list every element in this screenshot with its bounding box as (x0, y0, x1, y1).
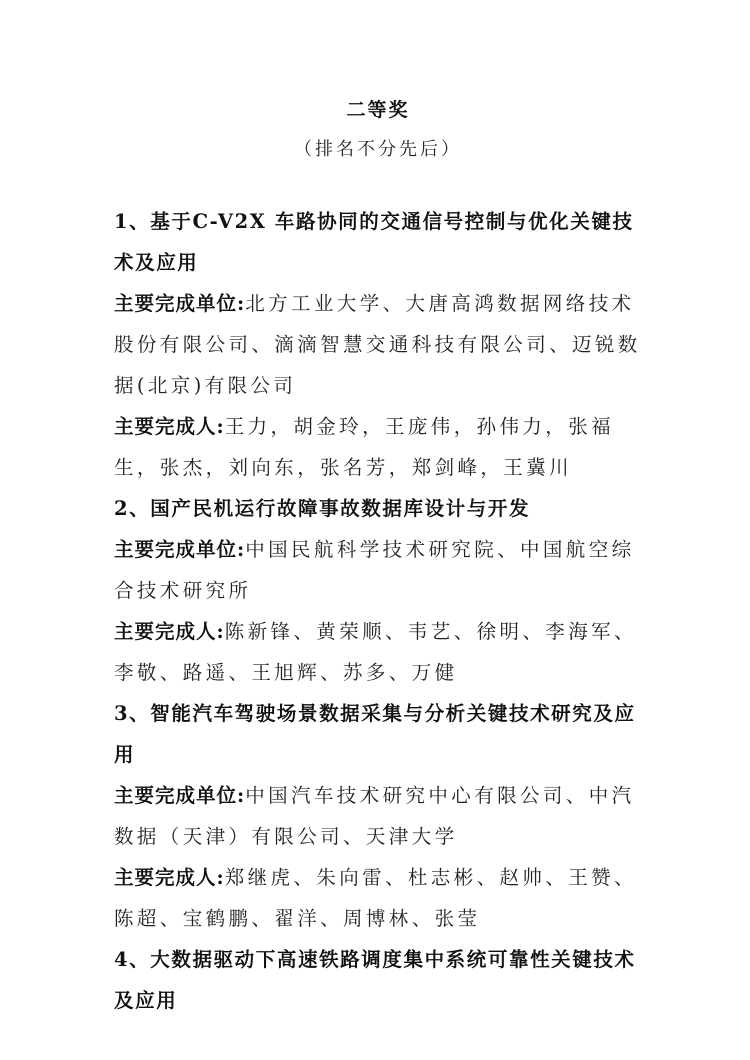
entry-units: 主要完成单位:中国民航科学技术研究院、中国航空综合技术研究所 (114, 529, 642, 611)
units-label: 主要完成单位: (114, 538, 245, 561)
award-list: 1、基于C-V2X 车路协同的交通信号控制与优化关键技术及应用 主要完成单位:北… (114, 201, 642, 1021)
people-label: 主要完成人: (114, 866, 225, 889)
units-label: 主要完成单位: (114, 784, 245, 807)
entry-people: 主要完成人:王力，胡金玲，王庞伟，孙伟力，张福生，张杰，刘向东，张名芳，郑剑峰，… (114, 406, 642, 488)
award-level-title: 二等奖 (114, 98, 642, 122)
entry-title: 3、智能汽车驾驶场景数据采集与分析关键技术研究及应用 (114, 693, 642, 775)
entry-units: 主要完成单位:中国汽车技术研究中心有限公司、中汽数据（天津）有限公司、天津大学 (114, 775, 642, 857)
people-label: 主要完成人: (114, 415, 225, 438)
award-entry: 1、基于C-V2X 车路协同的交通信号控制与优化关键技术及应用 主要完成单位:北… (114, 201, 642, 488)
entry-title: 1、基于C-V2X 车路协同的交通信号控制与优化关键技术及应用 (114, 201, 642, 283)
entry-units: 主要完成单位:北方工业大学、大唐高鸿数据网络技术股份有限公司、滴滴智慧交通科技有… (114, 283, 642, 406)
people-label: 主要完成人: (114, 620, 225, 643)
ranking-note: （排名不分先后） (114, 138, 642, 162)
award-entry: 2、国产民机运行故障事故数据库设计与开发 主要完成单位:中国民航科学技术研究院、… (114, 488, 642, 693)
entry-title: 2、国产民机运行故障事故数据库设计与开发 (114, 488, 642, 529)
award-entry: 3、智能汽车驾驶场景数据采集与分析关键技术研究及应用 主要完成单位:中国汽车技术… (114, 693, 642, 939)
entry-title: 4、大数据驱动下高速铁路调度集中系统可靠性关键技术及应用 (114, 939, 642, 1021)
entry-people: 主要完成人:郑继虎、朱向雷、杜志彬、赵帅、王赞、陈超、宝鹤鹏、翟洋、周博林、张莹 (114, 857, 642, 939)
award-entry: 4、大数据驱动下高速铁路调度集中系统可靠性关键技术及应用 (114, 939, 642, 1021)
entry-people: 主要完成人:陈新锋、黄荣顺、韦艺、徐明、李海军、李敬、路遥、王旭辉、苏多、万健 (114, 611, 642, 693)
units-label: 主要完成单位: (114, 292, 245, 315)
